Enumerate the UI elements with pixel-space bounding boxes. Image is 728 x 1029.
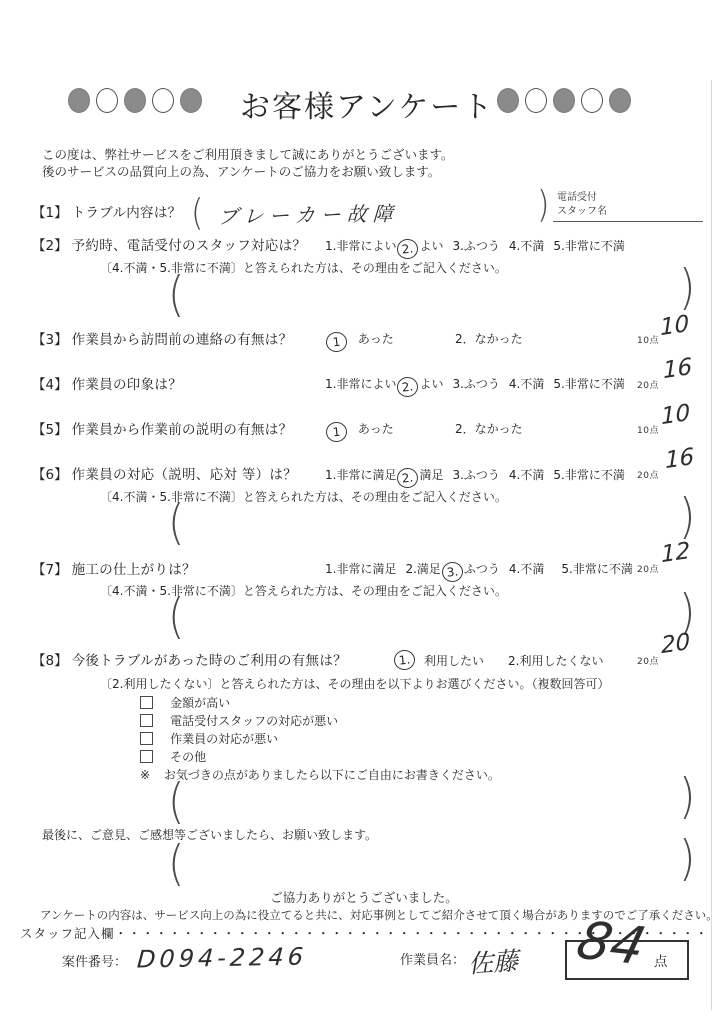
checkbox-icon	[140, 714, 153, 727]
q7-free-text-open-paren: (	[168, 592, 184, 640]
question-5-score-label: 10点	[637, 423, 659, 436]
survey-page: お客様アンケート この度は、弊社サービスをご利用頂きまして誠にありがとうございま…	[0, 0, 728, 1029]
question-7-reason-note: 〔4.不満・5.非常に不満〕と答えられた方は、その理由をご記入ください。	[100, 582, 507, 599]
question-5-handwritten-score: 10	[661, 400, 691, 430]
question-6-reason-note: 〔4.不満・5.非常に不満〕と答えられた方は、その理由をご記入ください。	[100, 488, 507, 505]
checkbox-icon	[140, 750, 153, 763]
question-6-handwritten-score: 16	[665, 444, 695, 474]
final-free-text-close-paren: )	[679, 834, 695, 882]
final-comment-label: 最後に、ご意見、ご感想等ございましたら、お願い致します。	[42, 826, 377, 843]
total-score-unit: 点	[654, 950, 668, 970]
thanks-text: ご協力ありがとうございました。	[0, 888, 728, 906]
worker-name-label: 作業員名：	[400, 949, 465, 968]
question-8-handwritten-score: 20	[661, 629, 691, 659]
question-6-label: 【6】作業員の対応（説明、応対 等）は？	[32, 463, 297, 483]
question-3-handwritten-score: 10	[660, 311, 690, 341]
checkbox-icon	[140, 732, 153, 745]
hand-circle-mark: 2.	[396, 238, 419, 260]
question-3-label: 【3】作業員から訪問前の連絡の有無は？	[32, 328, 292, 348]
dot-icon	[609, 88, 631, 113]
hand-circle-mark: 1.	[393, 649, 416, 671]
intro-line-1: この度は、弊社サービスをご利用頂きまして誠にありがとうございます。	[42, 146, 454, 163]
question-3-number: 【3】	[32, 332, 68, 348]
reference-mark: ※	[140, 768, 150, 782]
question-8-number: 【8】	[32, 653, 68, 669]
hand-circle-mark: 3.	[441, 561, 464, 583]
dot-icon	[497, 88, 519, 113]
case-number-handwritten: D094-2246	[136, 942, 308, 973]
question-4-score-label: 20点	[637, 378, 659, 391]
dot-icon	[96, 88, 118, 113]
question-7-handwritten-score: 12	[661, 538, 691, 568]
intro-line-2: 後のサービスの品質向上の為、アンケートのご協力をお願い致します。	[42, 163, 454, 180]
question-8-free-note: ※ お気づきの点がありましたら以下にご自由にお書きください。	[140, 766, 500, 783]
question-4-number: 【4】	[32, 377, 68, 393]
header-dots-right	[497, 88, 631, 113]
question-7-options: 1.非常に満足2.満足3.ふつう4.不満5.非常に不満	[325, 560, 633, 582]
case-number-label: 案件番号：	[62, 951, 127, 970]
checkbox-row-price: 金額が高い	[140, 694, 230, 713]
question-4-options: 1.非常によい2.よい3.ふつう4.不満5.非常に不満	[325, 375, 625, 397]
question-6-score-label: 20点	[637, 468, 659, 481]
header-dots-left	[68, 88, 202, 113]
phone-staff-name-line	[553, 209, 703, 222]
question-3-option-2: 2．なかった	[455, 330, 523, 347]
worker-name-handwritten: 佐藤	[467, 941, 519, 980]
q1-handwritten-answer: ブレーカー故障	[217, 197, 399, 229]
scan-fold-line	[711, 80, 712, 1010]
staff-entry-label: スタッフ記入欄	[20, 926, 115, 941]
intro-text: この度は、弊社サービスをご利用頂きまして誠にありがとうございます。 後のサービス…	[42, 146, 454, 180]
question-7-number: 【7】	[32, 562, 68, 578]
question-5-options: 1 あった	[325, 420, 394, 442]
q6-free-text-close-paren: )	[679, 492, 695, 540]
question-4-label: 【4】作業員の印象は？	[32, 373, 182, 393]
checkbox-icon	[140, 696, 153, 709]
hand-circle-mark: 1	[325, 331, 348, 353]
question-8-option-1: 利用したい	[424, 652, 484, 669]
checkbox-row-other: その他	[140, 748, 206, 767]
question-1-number: 【1】	[32, 205, 68, 221]
question-2-number: 【2】	[32, 238, 68, 254]
question-8-option-2: 2.利用したくない	[508, 652, 603, 669]
dot-icon	[553, 88, 575, 113]
q8-free-text-close-paren: )	[679, 772, 695, 820]
q2-free-text-open-paren: (	[168, 270, 184, 318]
question-5-option-2: 2．なかった	[455, 420, 523, 437]
hand-circle-mark: 2.	[396, 376, 419, 398]
question-2-reason-note: 〔4.不満・5.非常に不満〕と答えられた方は、その理由をご記入ください。	[100, 259, 507, 276]
question-3-options: 1 あった	[325, 330, 394, 352]
hand-circle-mark: 2.	[396, 467, 419, 489]
question-8-reason-note: 〔2.利用したくない〕と答えられた方は、その理由を以下よりお選びください。（複数…	[100, 675, 609, 692]
q8-free-text-open-paren: (	[168, 777, 184, 825]
question-6-number: 【6】	[32, 467, 68, 483]
checkbox-row-phone-staff: 電話受付スタッフの対応が悪い	[140, 712, 338, 731]
question-8-score-label: 20点	[637, 654, 659, 667]
final-free-text-open-paren: (	[168, 839, 184, 887]
dot-icon	[124, 88, 146, 113]
dot-icon	[525, 88, 547, 113]
question-7-score-label: 20点	[637, 562, 659, 575]
dot-icon	[180, 88, 202, 113]
question-3-score-label: 10点	[637, 333, 659, 346]
phone-staff-bracket: )	[537, 186, 549, 223]
question-1-label: 【1】トラブル内容は？	[32, 201, 181, 221]
question-2-options: 1.非常によい2.よい3.ふつう4.不満5.非常に不満	[325, 237, 625, 259]
dot-icon	[68, 88, 90, 113]
q1-answer-open-paren: (	[191, 194, 203, 231]
question-6-options: 1.非常に満足2.満足3.ふつう4.不満5.非常に不満	[325, 466, 625, 488]
dot-icon	[581, 88, 603, 113]
question-4-handwritten-score: 16	[663, 354, 693, 384]
checkbox-row-worker: 作業員の対応が悪い	[140, 730, 278, 749]
question-5-number: 【5】	[32, 422, 68, 438]
question-2-label: 【2】予約時、電話受付のスタッフ対応は？	[32, 234, 306, 254]
dot-icon	[152, 88, 174, 113]
q2-free-text-close-paren: )	[679, 263, 695, 311]
question-8-label: 【8】今後トラブルがあった時のご利用の有無は？	[32, 649, 347, 669]
question-5-label: 【5】作業員から作業前の説明の有無は？	[32, 418, 292, 438]
page-title: お客様アンケート	[240, 82, 494, 126]
hand-circle-mark: 1	[325, 421, 348, 443]
question-7-label: 【7】施工の仕上がりは？	[32, 558, 196, 578]
q6-free-text-open-paren: (	[168, 498, 184, 546]
